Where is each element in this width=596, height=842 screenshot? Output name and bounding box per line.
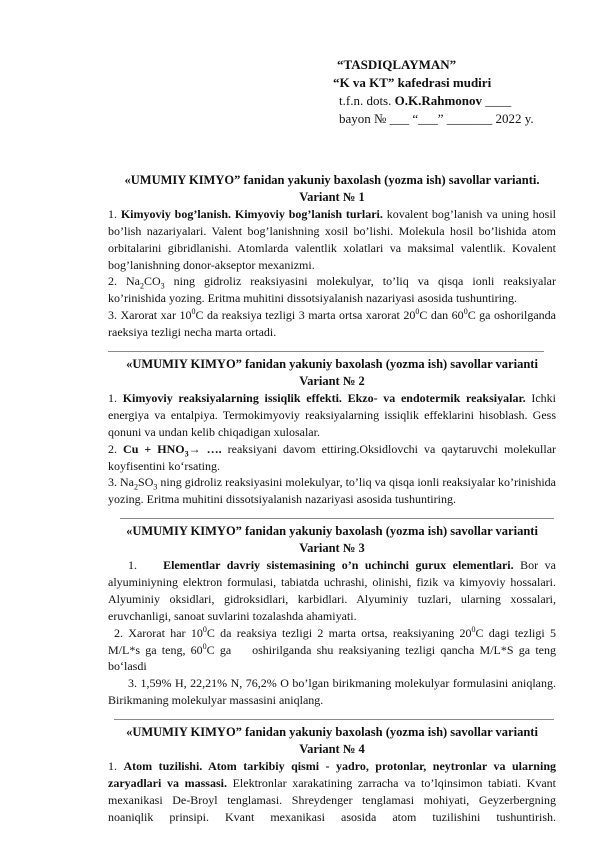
question-1: 1. Elementlar davriy sistemasining o’n u… (108, 557, 556, 625)
question-3: 3. 1,59% H, 22,21% N, 76,2% O bo’lgan bi… (108, 675, 556, 709)
variant-2: «UMUMIY KIMYO” fanidan yakuniy baxolash … (108, 356, 556, 508)
question-2: 2. Na2CO3 ning gidroliz reaksiyasini mol… (108, 273, 556, 307)
document-body: «UMUMIY KIMYO” fanidan yakuniy baxolash … (108, 172, 556, 826)
approver-name: O.K.Rahmonov (395, 93, 482, 108)
approval-heading: “TASDIQLAYMAN” (335, 56, 534, 74)
variant-number: Variant № 3 (108, 540, 556, 557)
variant-title: «UMUMIY KIMYO” fanidan yakuniy baxolash … (108, 724, 556, 741)
question-3: 3. Na2SO3 ning gidroliz reaksiyasini mol… (108, 474, 556, 508)
separator-line (114, 719, 554, 720)
protocol-date-line: bayon № ___ “___” _______ 2022 y. (335, 110, 534, 128)
separator-line (108, 351, 544, 352)
variant-3: «UMUMIY KIMYO” fanidan yakuniy baxolash … (108, 523, 556, 709)
variant-4: «UMUMIY KIMYO” fanidan yakuniy baxolash … (108, 724, 556, 825)
question-1: 1. Atom tuzilishi. Atom tarkibiy qismi -… (108, 758, 556, 826)
approver-name-line: t.f.n. dots. O.K.Rahmonov ____ (335, 92, 534, 110)
variant-title: «UMUMIY KIMYO” fanidan yakuniy baxolash … (108, 523, 556, 540)
variant-number: Variant № 2 (108, 373, 556, 390)
department-head-title: “K va KT” kafedrasi mudiri (333, 74, 534, 92)
question-2: 2. Xarorat har 100C da reaksiya tezligi … (108, 625, 556, 676)
question-1: 1. Kimyoviy reaksiyalarning issiqlik eff… (108, 390, 556, 441)
approval-block: “TASDIQLAYMAN” “K va KT” kafedrasi mudir… (335, 56, 534, 128)
variant-1: «UMUMIY KIMYO” fanidan yakuniy baxolash … (108, 172, 556, 341)
question-1: 1. Kimyoviy bog’lanish. Kimyoviy bog’lan… (108, 206, 556, 274)
question-2: 2. Cu + HNO3→ …. reaksiyani davom ettiri… (108, 441, 556, 475)
variant-title: «UMUMIY KIMYO” fanidan yakuniy baxolash … (108, 172, 556, 189)
question-3: 3. Xarorat xar 100C da reaksiya tezligi … (108, 307, 556, 341)
variant-number: Variant № 4 (108, 741, 556, 758)
variant-title: «UMUMIY KIMYO” fanidan yakuniy baxolash … (108, 356, 556, 373)
separator-line (120, 518, 554, 519)
variant-number: Variant № 1 (108, 189, 556, 206)
